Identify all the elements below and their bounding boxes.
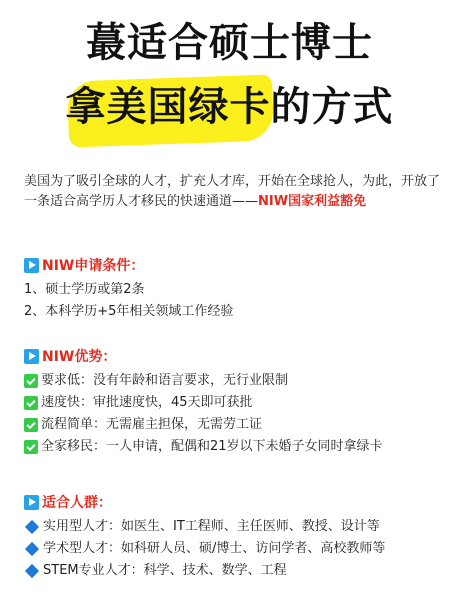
heading-text: 适合人群：: [42, 492, 112, 512]
check-icon: [24, 418, 38, 432]
play-icon: [24, 349, 39, 364]
item-text: 流程简单：无需雇主担保，无需劳工证: [41, 414, 262, 436]
check-icon: [24, 396, 38, 410]
play-icon: [24, 258, 39, 273]
diamond-icon: [25, 520, 39, 534]
section-heading: NIW优势：: [24, 346, 444, 366]
section-heading: NIW申请条件：: [24, 255, 444, 275]
intro-paragraph: 美国为了吸引全球的人才，扩充人才库，开始在全球抢人，为此，开放了一条适合高学历人…: [24, 172, 444, 212]
list-item: 流程简单：无需雇主担保，无需劳工证: [24, 414, 444, 436]
section-advantages: NIW优势： 要求低：没有年龄和语言要求，无行业限制 速度快：审批速度快，45天…: [24, 346, 444, 458]
list-item: 2、本科学历+5年相关领域工作经验: [24, 301, 444, 323]
intro-emphasis: NIW国家利益豁免: [258, 194, 366, 209]
item-text: STEM专业人才：科学、技术、数学、工程: [43, 560, 287, 582]
title-suffix: 的方式: [271, 84, 394, 130]
section-requirements: NIW申请条件： 1、硕士学历或第2条 2、本科学历+5年相关领域工作经验: [24, 255, 444, 323]
item-text: 全家移民：一人申请，配偶和21岁以下未婚子女同时拿绿卡: [41, 436, 383, 458]
list-item: 1、硕士学历或第2条: [24, 279, 444, 301]
heading-text: NIW优势：: [42, 346, 116, 366]
item-text: 学术型人才：如科研人员、硕/博士、访问学者、高校教师等: [43, 538, 385, 560]
section-heading: 适合人群：: [24, 492, 444, 512]
list-item: 全家移民：一人申请，配偶和21岁以下未婚子女同时拿绿卡: [24, 436, 444, 458]
list-item: 要求低：没有年龄和语言要求，无行业限制: [24, 370, 444, 392]
item-text: 2、本科学历+5年相关领域工作经验: [24, 301, 233, 323]
item-text: 速度快：审批速度快，45天即可获批: [41, 392, 253, 414]
item-text: 1、硕士学历或第2条: [24, 279, 145, 301]
title-prefix: 拿: [66, 84, 107, 130]
section-target-group: 适合人群： 实用型人才：如医生、IT工程师、主任医师、教授、设计等 学术型人才：…: [24, 492, 444, 582]
diamond-icon: [25, 564, 39, 578]
heading-text: NIW申请条件：: [42, 255, 144, 275]
title-line-2: 拿美国绿卡的方式: [0, 82, 459, 132]
list-item: STEM专业人才：科学、技术、数学、工程: [24, 560, 444, 582]
check-icon: [24, 374, 38, 388]
list-item: 实用型人才：如医生、IT工程师、主任医师、教授、设计等: [24, 516, 444, 538]
play-icon: [24, 495, 39, 510]
title-highlight: 美国绿卡: [107, 84, 271, 130]
item-text: 实用型人才：如医生、IT工程师、主任医师、教授、设计等: [43, 516, 380, 538]
list-item: 学术型人才：如科研人员、硕/博士、访问学者、高校教师等: [24, 538, 444, 560]
diamond-icon: [25, 542, 39, 556]
intro-text: 美国为了吸引全球的人才，扩充人才库，开始在全球抢人，为此，开放了一条适合高学历人…: [24, 174, 440, 209]
item-text: 要求低：没有年龄和语言要求，无行业限制: [41, 370, 288, 392]
list-item: 速度快：审批速度快，45天即可获批: [24, 392, 444, 414]
title-line-1: 蕞适合硕士博士: [0, 18, 459, 68]
check-icon: [24, 440, 38, 454]
